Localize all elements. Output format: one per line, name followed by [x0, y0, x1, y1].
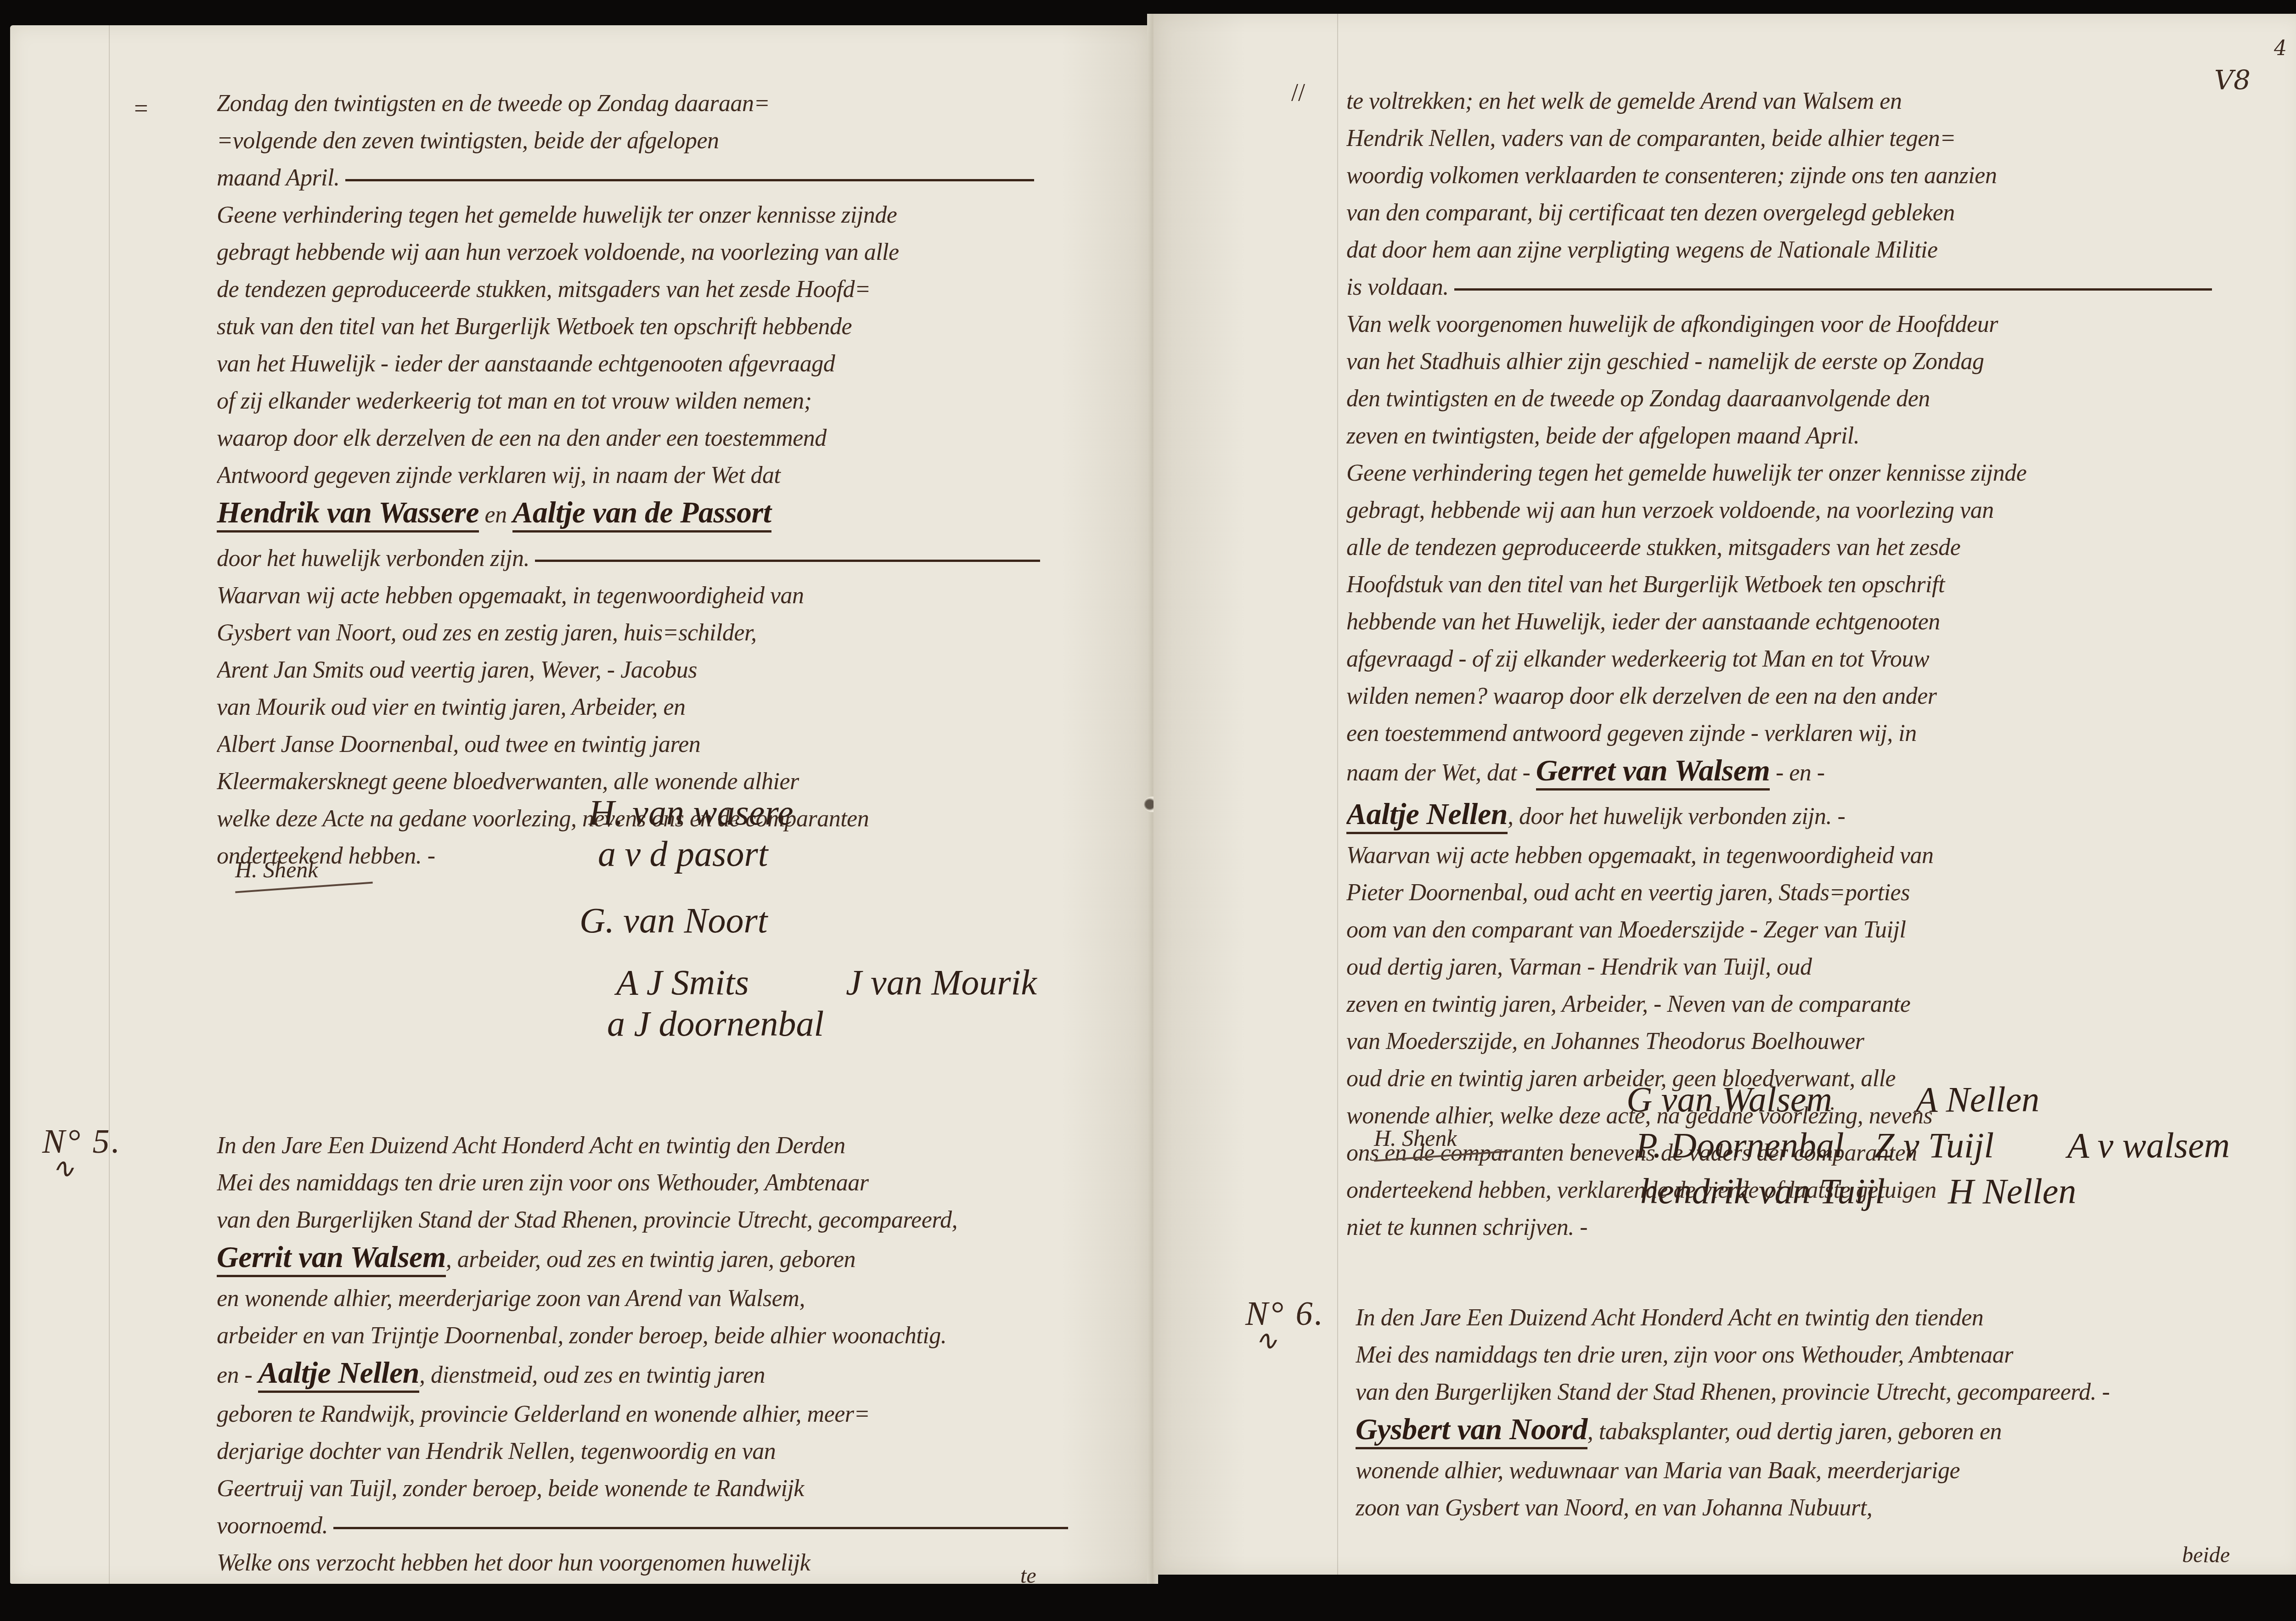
signature: A Nellen [1916, 1079, 2039, 1120]
text-line: of zij elkander wederkeerig tot man en t… [217, 382, 1112, 420]
entry-number: N° 5. ∿ [42, 1122, 122, 1184]
text-line: door het huwelijk verbonden zijn. [217, 540, 1112, 577]
signature-flourish [235, 882, 373, 893]
text-line: Gysbert van Noord, tabaksplanter, oud de… [1356, 1411, 2279, 1452]
text-line: arbeider en van Trijntje Doornenbal, zon… [217, 1317, 1126, 1354]
text-line: In den Jare Een Duizend Acht Honderd Ach… [1356, 1299, 2279, 1336]
text-line: van het Huwelijk - ieder der aanstaande … [217, 345, 1112, 382]
left-page: = Zondag den twintigsten en de tweede op… [10, 25, 1153, 1584]
signature: hendrik van Tuijl [1640, 1171, 1885, 1212]
text-line: Arent Jan Smits oud veertig jaren, Wever… [217, 651, 1112, 689]
catchword: te [1020, 1563, 1036, 1588]
text-line: stuk van den titel van het Burgerlijk We… [217, 308, 1112, 345]
signature: A J Smits [616, 962, 749, 1003]
line-filler [345, 179, 1034, 181]
signature: a v d pasort [598, 833, 768, 875]
text-line: Aaltje Nellen, door het huwelijk verbond… [1346, 796, 2274, 837]
signature: P. Doornenbal [1636, 1125, 1844, 1166]
text-line: Geene verhindering tegen het gemelde huw… [1346, 454, 2274, 492]
text-line: afgevraagd - of zij elkander wederkeerig… [1346, 640, 2274, 678]
text-line: woordig volkomen verklaarden te consente… [1346, 157, 2274, 194]
text-line: is voldaan. [1346, 269, 2274, 306]
text-line: zeven en twintigsten, beide der afgelope… [1346, 417, 2274, 454]
text-line: alle de tendezen geproduceerde stukken, … [1346, 529, 2274, 566]
signature: H Nellen [1948, 1171, 2076, 1212]
right-page: 4 V8 // te voltrekken; en het welk de ge… [1154, 14, 2296, 1575]
text-line: dat door hem aan zijne verpligting wegen… [1346, 231, 2274, 269]
conjunction: en [485, 502, 507, 528]
text-line: wilden nemen? waarop door elk derzelven … [1346, 678, 2274, 715]
text-line: waarop door elk derzelven de een na den … [217, 420, 1112, 457]
catchword: beide [2182, 1542, 2230, 1568]
text-line: zeven en twintig jaren, Arbeider, - Neve… [1346, 986, 2274, 1023]
text-line: maand April. [217, 159, 1112, 196]
bride-name: Aaltje van de Passort [512, 496, 771, 533]
couple-line: naam der Wet, dat - Gerret van Walsem - … [1346, 752, 2274, 796]
text-line: oom van den comparant van Moederszijde -… [1346, 911, 2274, 948]
text-line: een toestemmend antwoord gegeven zijnde … [1346, 715, 2274, 752]
registrar-signature: H. Shenk [1374, 1125, 1512, 1157]
text-line: Gerrit van Walsem, arbeider, oud zes en … [217, 1239, 1126, 1280]
groom-name: Hendrik van Wassere [217, 496, 479, 533]
line-filler [535, 560, 1040, 562]
signature: a J doornenbal [607, 1003, 824, 1044]
entry-6-text: In den Jare Een Duizend Acht Honderd Ach… [1356, 1299, 2279, 1526]
text-line: Waarvan wij acte hebben opgemaakt, in te… [1346, 837, 2274, 874]
registrar-signature: H. Shenk [235, 856, 373, 888]
text-line: hebbende van het Huwelijk, ieder der aan… [1346, 603, 2274, 640]
text-line: van den comparant, bij certificaat ten d… [1346, 194, 2274, 231]
text-line: van den Burgerlijken Stand der Stad Rhen… [1356, 1374, 2279, 1411]
continuation-mark: = [134, 94, 148, 123]
text-line: Zondag den twintigsten en de tweede op Z… [217, 85, 1112, 122]
text-line: Mei des namiddags ten drie uren zijn voo… [217, 1164, 1126, 1201]
text-line: =volgende den zeven twintigsten, beide d… [217, 122, 1112, 159]
text-line: Albert Janse Doornenbal, oud twee en twi… [217, 726, 1112, 763]
text-line: Pieter Doornenbal, oud acht en veertig j… [1346, 874, 2274, 911]
entry-5-continued-text: te voltrekken; en het welk de gemelde Ar… [1346, 83, 2274, 1246]
bride-name: Aaltje Nellen [1346, 797, 1508, 834]
text-line: Hoofdstuk van den titel van het Burgerli… [1346, 566, 2274, 603]
text-line: en - Aaltje Nellen, dienstmeid, oud zes … [217, 1354, 1126, 1396]
text-line: zoon van Gysbert van Noord, en van Johan… [1356, 1489, 2279, 1526]
text-line: gebragt, hebbende wij aan hun verzoek vo… [1346, 492, 2274, 529]
text-line: te voltrekken; en het welk de gemelde Ar… [1346, 83, 2274, 120]
signature: J van Mourik [846, 962, 1037, 1003]
signature: H. van wasere [589, 792, 793, 833]
groom-name: Gysbert van Noord [1356, 1413, 1587, 1449]
signature: A v walsem [2067, 1125, 2230, 1166]
line-filler [1454, 288, 2212, 291]
text-line: Gysbert van Noort, oud zes en zestig jar… [217, 614, 1112, 651]
right-margin-rule [1337, 14, 1338, 1575]
bride-name: Aaltje Nellen [258, 1356, 419, 1393]
text-line: de tendezen geproduceerde stukken, mitsg… [217, 271, 1112, 308]
folio-number: 4 [2274, 37, 2287, 60]
text-line: van Mourik oud vier en twintig jaren, Ar… [217, 689, 1112, 726]
text-line: niet te kunnen schrijven. - [1346, 1209, 2274, 1246]
continuation-mark: // [1291, 78, 1305, 107]
signature: Z v Tuijl [1874, 1125, 1994, 1166]
entry-number: N° 6. ∿ [1245, 1295, 1325, 1357]
signature: G van Walsem [1626, 1079, 1832, 1120]
text-line: van het Stadhuis alhier zijn geschied - … [1346, 343, 2274, 380]
text-line: Antwoord gegeven zijnde verklaren wij, i… [217, 457, 1112, 494]
groom-name: Gerrit van Walsem [217, 1240, 446, 1277]
entry-5-text: In den Jare Een Duizend Acht Honderd Ach… [217, 1127, 1126, 1582]
text-line: van den Burgerlijken Stand der Stad Rhen… [217, 1201, 1126, 1239]
text-line: Van welk voorgenomen huwelijk de afkondi… [1346, 306, 2274, 343]
text-line: en wonende alhier, meerderjarige zoon va… [217, 1280, 1126, 1317]
text-line: Geertruij van Tuijl, zonder beroep, beid… [217, 1470, 1126, 1507]
text-line: In den Jare Een Duizend Acht Honderd Ach… [217, 1127, 1126, 1164]
text-line: den twintigsten en de tweede op Zondag d… [1346, 380, 2274, 417]
text-line: van Moederszijde, en Johannes Theodorus … [1346, 1023, 2274, 1060]
groom-name: Gerret van Walsem [1536, 754, 1770, 791]
text-line: Mei des namiddags ten drie uren, zijn vo… [1356, 1336, 2279, 1374]
text-line: Welke ons verzocht hebben het door hun v… [217, 1544, 1126, 1582]
left-continuation-text: Zondag den twintigsten en de tweede op Z… [217, 85, 1112, 875]
text-line: geboren te Randwijk, provincie Gelderlan… [217, 1396, 1126, 1433]
couple-line: Hendrik van Wassere en Aaltje van de Pas… [217, 494, 1112, 540]
conjunction: - en - [1776, 760, 1825, 786]
text-line: voornoemd. [217, 1507, 1126, 1544]
left-margin-rule [109, 25, 110, 1584]
text-line: gebragt hebbende wij aan hun verzoek vol… [217, 234, 1112, 271]
line-filler [333, 1527, 1068, 1529]
text-line: oud dertig jaren, Varman - Hendrik van T… [1346, 948, 2274, 986]
signature: G. van Noort [580, 900, 768, 941]
text-line: Waarvan wij acte hebben opgemaakt, in te… [217, 577, 1112, 614]
text-line: wonende alhier, weduwnaar van Maria van … [1356, 1452, 2279, 1489]
text-line: derjarige dochter van Hendrik Nellen, te… [217, 1433, 1126, 1470]
text-line: Hendrik Nellen, vaders van de comparante… [1346, 120, 2274, 157]
text-line: Geene verhindering tegen het gemelde huw… [217, 196, 1112, 234]
